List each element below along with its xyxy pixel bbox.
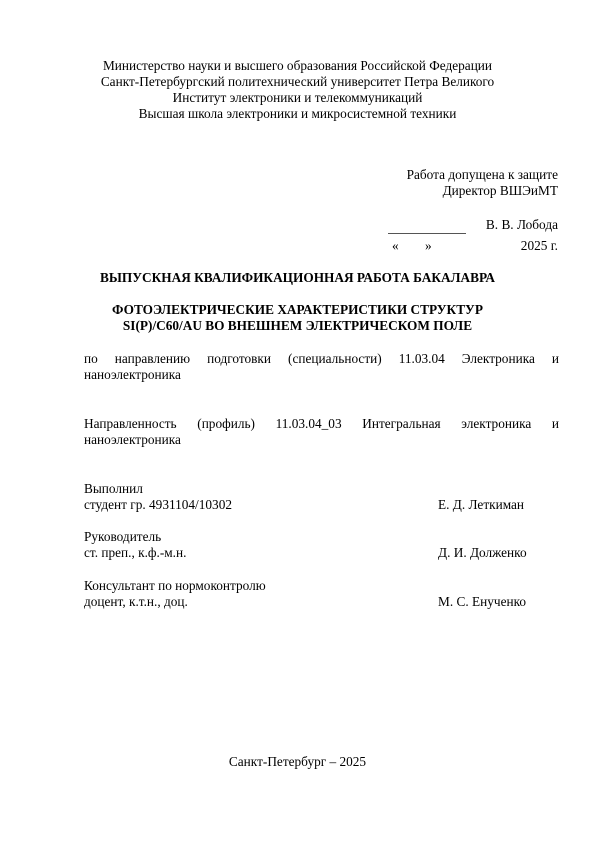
- direction-word: (специальности): [288, 351, 382, 367]
- consultant-role: Консультант по нормоконтролю: [84, 578, 266, 594]
- student-position: студент гр. 4931104/10302: [84, 497, 232, 513]
- approval-director: Директор ВШЭиМТ: [443, 183, 558, 199]
- profile-word: электроника: [461, 416, 531, 432]
- direction-word: 11.03.04: [399, 351, 445, 367]
- topic-line-2: SI(P)/C60/AU ВО ВНЕШНЕМ ЭЛЕКТРИЧЕСКОМ ПО…: [0, 318, 595, 334]
- date-quote-open: «: [392, 238, 399, 254]
- profile-line: Направленность (профиль) 11.03.04_03 Инт…: [84, 416, 559, 432]
- student-name: Е. Д. Леткиман: [438, 497, 524, 513]
- topic-line-1: ФОТОЭЛЕКТРИЧЕСКИЕ ХАРАКТЕРИСТИКИ СТРУКТУ…: [0, 302, 595, 318]
- profile-word: 11.03.04_03: [276, 416, 342, 432]
- date-quote-close: »: [425, 238, 432, 254]
- approval-year: 2025 г.: [521, 238, 558, 254]
- school-line: Высшая школа электроники и микросистемно…: [0, 106, 595, 122]
- director-name: В. В. Лобода: [486, 217, 558, 233]
- student-role: Выполнил: [84, 481, 143, 497]
- ministry-line: Министерство науки и высшего образования…: [0, 58, 595, 74]
- approval-statement: Работа допущена к защите: [407, 167, 558, 183]
- profile-line-2: наноэлектроника: [84, 432, 181, 448]
- consultant-position: доцент, к.т.н., доц.: [84, 594, 188, 610]
- direction-word: по: [84, 351, 98, 367]
- city-year: Санкт-Петербург – 2025: [0, 754, 595, 770]
- university-line: Санкт-Петербургский политехнический унив…: [0, 74, 595, 90]
- direction-line: по направлению подготовки (специальности…: [84, 351, 559, 367]
- supervisor-position: ст. преп., к.ф.-м.н.: [84, 545, 186, 561]
- direction-line-2: наноэлектроника: [84, 367, 181, 383]
- direction-word: подготовки: [207, 351, 271, 367]
- profile-word: Интегральная: [362, 416, 440, 432]
- consultant-name: М. С. Енученко: [438, 594, 526, 610]
- direction-word: Электроника: [462, 351, 535, 367]
- supervisor-name: Д. И. Долженко: [438, 545, 527, 561]
- profile-word: и: [552, 416, 559, 432]
- signature-line: [388, 233, 466, 234]
- institute-line: Институт электроники и телекоммуникаций: [0, 90, 595, 106]
- supervisor-role: Руководитель: [84, 529, 161, 545]
- document-type: ВЫПУСКНАЯ КВАЛИФИКАЦИОННАЯ РАБОТА БАКАЛА…: [0, 270, 595, 286]
- profile-word: (профиль): [197, 416, 255, 432]
- direction-word: и: [552, 351, 559, 367]
- direction-word: направлению: [115, 351, 190, 367]
- profile-word: Направленность: [84, 416, 177, 432]
